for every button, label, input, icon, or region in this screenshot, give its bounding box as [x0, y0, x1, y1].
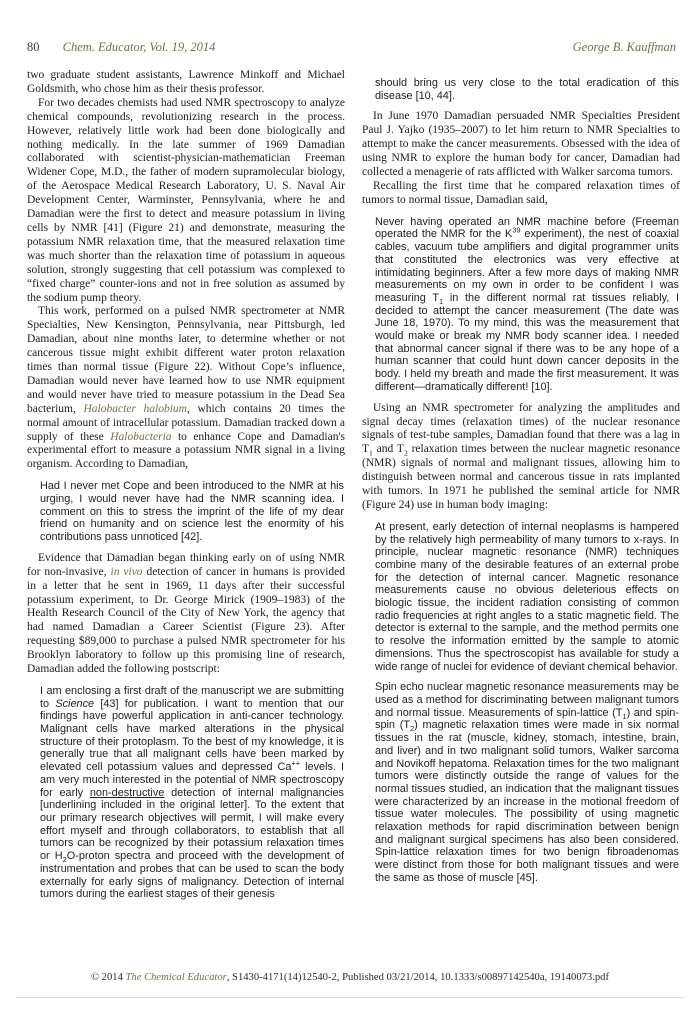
blockquote-excerpt: Had I never met Cope and been introduced… — [40, 480, 344, 544]
body-paragraph: two graduate student assistants, Lawrenc… — [27, 69, 345, 97]
journal-citation: Chem. Educator, Vol. 19, 2014 — [63, 40, 216, 54]
header-left: 80 Chem. Educator, Vol. 19, 2014 — [27, 40, 215, 55]
body-paragraph: For two decades chemists had used NMR sp… — [27, 97, 345, 306]
blockquote-excerpt: Never having operated an NMR machine bef… — [375, 216, 679, 394]
right-column: should bring us very close to the total … — [362, 69, 680, 909]
two-column-body: two graduate student assistants, Lawrenc… — [27, 69, 680, 909]
left-column: two graduate student assistants, Lawrenc… — [27, 69, 345, 909]
blockquote-excerpt: I am enclosing a first draft of the manu… — [40, 685, 344, 901]
blockquote-excerpt: Spin echo nuclear magnetic resonance mea… — [375, 681, 679, 884]
blockquote-excerpt: should bring us very close to the total … — [375, 77, 679, 102]
journal-page: 80 Chem. Educator, Vol. 19, 2014 George … — [0, 0, 700, 1019]
body-paragraph: This work, performed on a pulsed NMR spe… — [27, 305, 345, 472]
author-name: George B. Kauffman — [573, 40, 676, 55]
blockquote-excerpt: At present, early detection of internal … — [375, 521, 679, 673]
footer-identifiers: , S1430-4171(14)12540-2, Published 03/21… — [227, 972, 609, 983]
page-number: 80 — [27, 40, 40, 54]
footer-journal-name: The Chemical Educator — [126, 972, 227, 983]
page-footer: © 2014 The Chemical Educator, S1430-4171… — [0, 972, 700, 983]
body-paragraph: Using an NMR spectrometer for analyzing … — [362, 402, 680, 513]
body-paragraph: Evidence that Damadian began thinking ea… — [27, 552, 345, 677]
scan-artifact-line — [16, 997, 684, 998]
body-paragraph: Recalling the first time that he compare… — [362, 180, 680, 208]
page-header: 80 Chem. Educator, Vol. 19, 2014 George … — [27, 40, 680, 55]
footer-copyright: © 2014 — [91, 972, 126, 983]
body-paragraph: In June 1970 Damadian persuaded NMR Spec… — [362, 110, 680, 180]
